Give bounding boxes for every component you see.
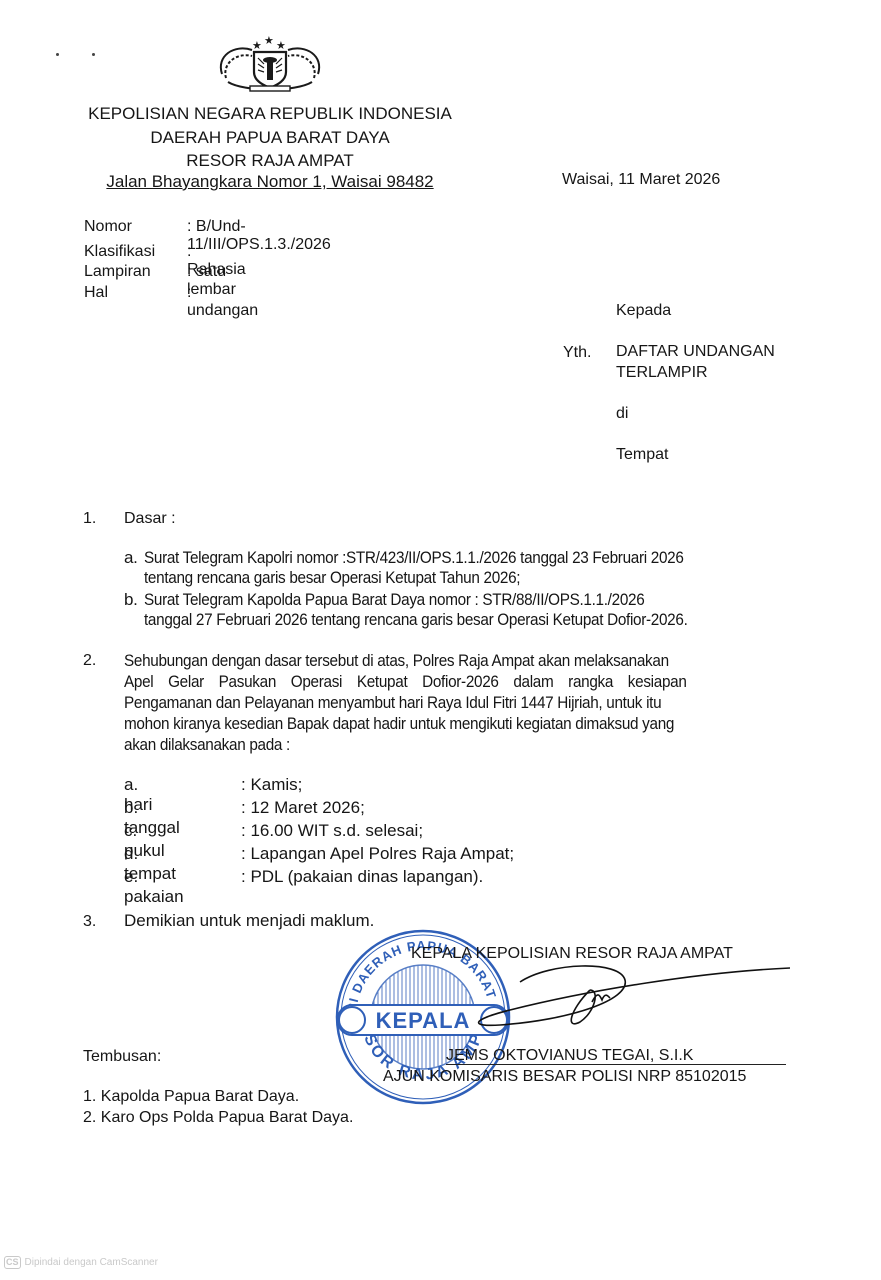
detail-value: : 12 Maret 2026; xyxy=(241,798,365,818)
p1-item-b-line-1: Surat Telegram Kapolda Papua Barat Daya … xyxy=(144,590,644,610)
handwritten-signature-icon xyxy=(470,960,790,1040)
recipient-kepada: Kepada xyxy=(616,302,671,320)
letterhead-address: Jalan Bhayangkara Nomor 1, Waisai 98482 xyxy=(60,172,480,192)
p2-line: Sehubungan dengan dasar tersebut di atas… xyxy=(124,651,669,671)
scan-speck xyxy=(92,53,95,56)
detail-value: : Kamis; xyxy=(241,775,302,795)
tembusan-title: Tembusan: xyxy=(83,1048,161,1066)
scanner-watermark-text: Dipindai dengan CamScanner xyxy=(25,1257,158,1268)
recipient-yth: Yth. xyxy=(563,344,591,362)
letterhead-line-3: RESOR RAJA AMPAT xyxy=(60,151,480,171)
svg-text:★: ★ xyxy=(252,39,262,52)
police-emblem-icon: ★★★ xyxy=(214,34,326,96)
recipient-tempat: Tempat xyxy=(616,446,668,464)
p1-item-a-line-2: tentang rencana garis besar Operasi Ketu… xyxy=(144,568,520,588)
detail-label: e. pakaian xyxy=(124,867,184,907)
detail-value: : PDL (pakaian dinas lapangan). xyxy=(241,867,483,887)
stamp-center-text: KEPALA xyxy=(376,1008,471,1033)
p2-line: mohon kiranya kesedian Bapak dapat hadir… xyxy=(124,714,674,734)
svg-text:★: ★ xyxy=(276,39,286,52)
p2-line: Apel Gelar Pasukan Operasi Ketupat Dofio… xyxy=(124,672,687,692)
recipient-line-2: TERLAMPIR xyxy=(616,364,708,382)
detail-value: : Lapangan Apel Polres Raja Ampat; xyxy=(241,844,514,864)
meta-value: : undangan xyxy=(187,284,258,320)
svg-text:★: ★ xyxy=(264,34,274,47)
detail-value: : 16.00 WIT s.d. selesai; xyxy=(241,821,423,841)
p2-number: 2. xyxy=(83,652,96,670)
tembusan-item: 2. Karo Ops Polda Papua Barat Daya. xyxy=(83,1109,353,1127)
place-date: Waisai, 11 Maret 2026 xyxy=(562,171,720,189)
tembusan-item: 1. Kapolda Papua Barat Daya. xyxy=(83,1088,299,1106)
signatory-name: JEMS OKTOVIANUS TEGAI, S.I.K xyxy=(446,1047,693,1065)
camscanner-icon: CS xyxy=(4,1256,21,1269)
recipient-di: di xyxy=(616,405,628,423)
p1-item-a-marker: a. xyxy=(124,548,137,568)
scanner-watermark: CS Dipindai dengan CamScanner xyxy=(4,1256,158,1269)
meta-label: Lampiran xyxy=(84,263,151,281)
signatory-rank: AJUN KOMISARIS BESAR POLISI NRP 85102015 xyxy=(383,1068,746,1086)
p1-number: 1. xyxy=(83,510,96,528)
p2-line: Pengamanan dan Pelayanan menyambut hari … xyxy=(124,693,661,713)
letterhead-line-1: KEPOLISIAN NEGARA REPUBLIK INDONESIA xyxy=(60,104,480,124)
p1-item-b-marker: b. xyxy=(124,590,137,610)
scan-speck xyxy=(56,53,59,56)
meta-label: Klasifikasi xyxy=(84,243,155,261)
p2-line: akan dilaksanakan pada : xyxy=(124,735,290,755)
p1-item-a-line-1: Surat Telegram Kapolri nomor :STR/423/II… xyxy=(144,548,684,568)
meta-label: Hal xyxy=(84,284,108,302)
p3-number: 3. xyxy=(83,913,96,931)
recipient-line-1: DAFTAR UNDANGAN xyxy=(616,343,775,361)
p1-title: Dasar : xyxy=(124,510,176,528)
name-underline xyxy=(446,1064,786,1065)
letterhead-line-2: DAERAH PAPUA BARAT DAYA xyxy=(60,128,480,148)
p1-item-b-line-2: tanggal 27 Februari 2026 tentang rencana… xyxy=(144,610,688,630)
meta-label: Nomor xyxy=(84,218,132,236)
